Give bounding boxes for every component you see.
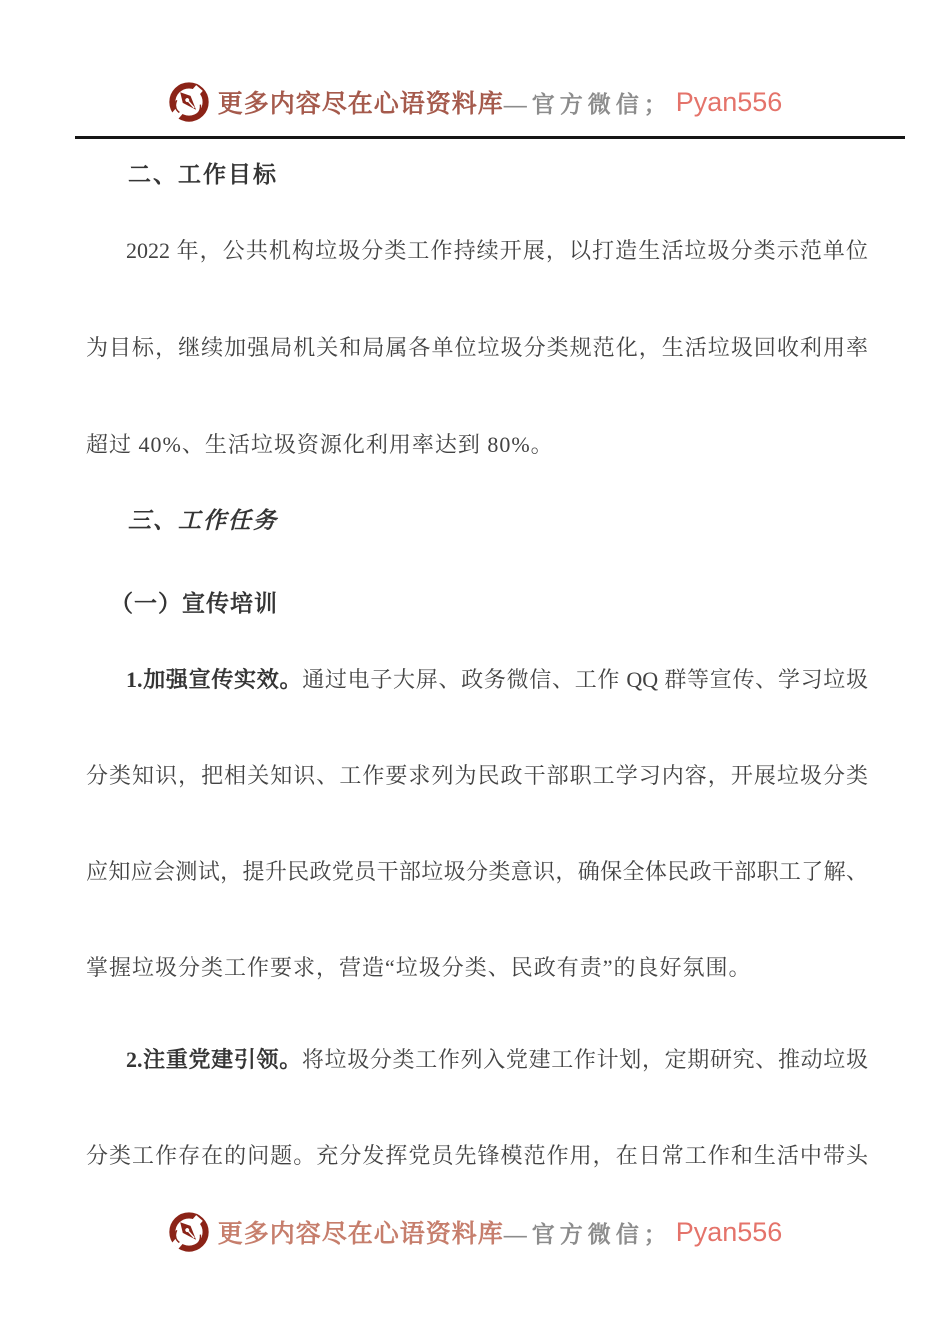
pen-seal-icon: [168, 1211, 210, 1253]
brand-text: 更多内容尽在心语资料库: [218, 84, 504, 120]
heading-sub-one: （一）宣传培训: [86, 588, 868, 620]
body-text: 通过电子大屏、政务微信、工作 QQ 群等宣传、学习垃圾: [302, 667, 868, 692]
bold-lead-text: 三、工作任务: [128, 508, 278, 533]
page-header: 更多内容尽在心语资料库 —官方微信； Pyan556: [0, 80, 950, 124]
heading-section-two: 二、工作目标: [86, 158, 868, 190]
bold-lead-text: （一）宣传培训: [110, 591, 278, 616]
para-task1-line-3: 应知应会测试，提升民政党员干部垃圾分类意识，确保全体民政干部职工了解、: [86, 856, 868, 888]
para-task1-line-1: 1.加强宣传实效。通过电子大屏、政务微信、工作 QQ 群等宣传、学习垃圾: [86, 664, 868, 696]
para-task1-line-4: 掌握垃圾分类工作要求，营造“垃圾分类、民政有责”的良好氛围。: [86, 952, 868, 984]
para-task1-line-2: 分类知识，把相关知识、工作要求列为民政干部职工学习内容，开展垃圾分类: [86, 760, 868, 792]
body-text: 应知应会测试，提升民政党员干部垃圾分类意识，确保全体民政干部职工了解、: [86, 859, 868, 884]
para-goals-line-3: 超过 40%、生活垃圾资源化利用率达到 80%。: [86, 429, 868, 461]
body-text: 将垃圾分类工作列入党建工作计划，定期研究、推动垃圾: [302, 1047, 868, 1072]
wechat-id: Pyan556: [676, 87, 783, 118]
wechat-label: —官方微信；: [504, 1216, 672, 1249]
header-divider: [75, 136, 905, 139]
para-goals-line-1: 2022 年，公共机构垃圾分类工作持续开展，以打造生活垃圾分类示范单位: [86, 235, 868, 267]
body-text: 分类知识，把相关知识、工作要求列为民政干部职工学习内容，开展垃圾分类: [86, 763, 868, 788]
wechat-label: —官方微信；: [504, 86, 672, 119]
body-text: 2022 年，公共机构垃圾分类工作持续开展，以打造生活垃圾分类示范单位: [126, 238, 868, 263]
brand-text: 更多内容尽在心语资料库: [218, 1214, 504, 1250]
wechat-id: Pyan556: [676, 1217, 783, 1248]
pen-seal-icon: [168, 81, 210, 123]
para-task2-line-1: 2.注重党建引领。将垃圾分类工作列入党建工作计划，定期研究、推动垃圾: [86, 1044, 868, 1076]
bold-lead-text: 二、工作目标: [128, 161, 278, 187]
body-text: 掌握垃圾分类工作要求，营造“垃圾分类、民政有责”的良好氛围。: [86, 955, 752, 980]
page-footer: 更多内容尽在心语资料库 —官方微信； Pyan556: [0, 1210, 950, 1254]
bold-lead-text: 1.加强宣传实效。: [126, 667, 302, 692]
para-task2-line-2: 分类工作存在的问题。充分发挥党员先锋模范作用，在日常工作和生活中带头: [86, 1140, 868, 1172]
heading-section-three: 三、工作任务: [86, 505, 868, 537]
para-goals-line-2: 为目标，继续加强局机关和局属各单位垃圾分类规范化，生活垃圾回收利用率: [86, 332, 868, 364]
body-text: 超过 40%、生活垃圾资源化利用率达到 80%。: [86, 432, 554, 457]
body-text: 分类工作存在的问题。充分发挥党员先锋模范作用，在日常工作和生活中带头: [86, 1143, 868, 1168]
document-page: 更多内容尽在心语资料库 —官方微信； Pyan556 二、工作目标2022 年，…: [0, 0, 950, 1344]
bold-lead-text: 2.注重党建引领。: [126, 1047, 302, 1072]
body-text: 为目标，继续加强局机关和局属各单位垃圾分类规范化，生活垃圾回收利用率: [86, 335, 868, 360]
